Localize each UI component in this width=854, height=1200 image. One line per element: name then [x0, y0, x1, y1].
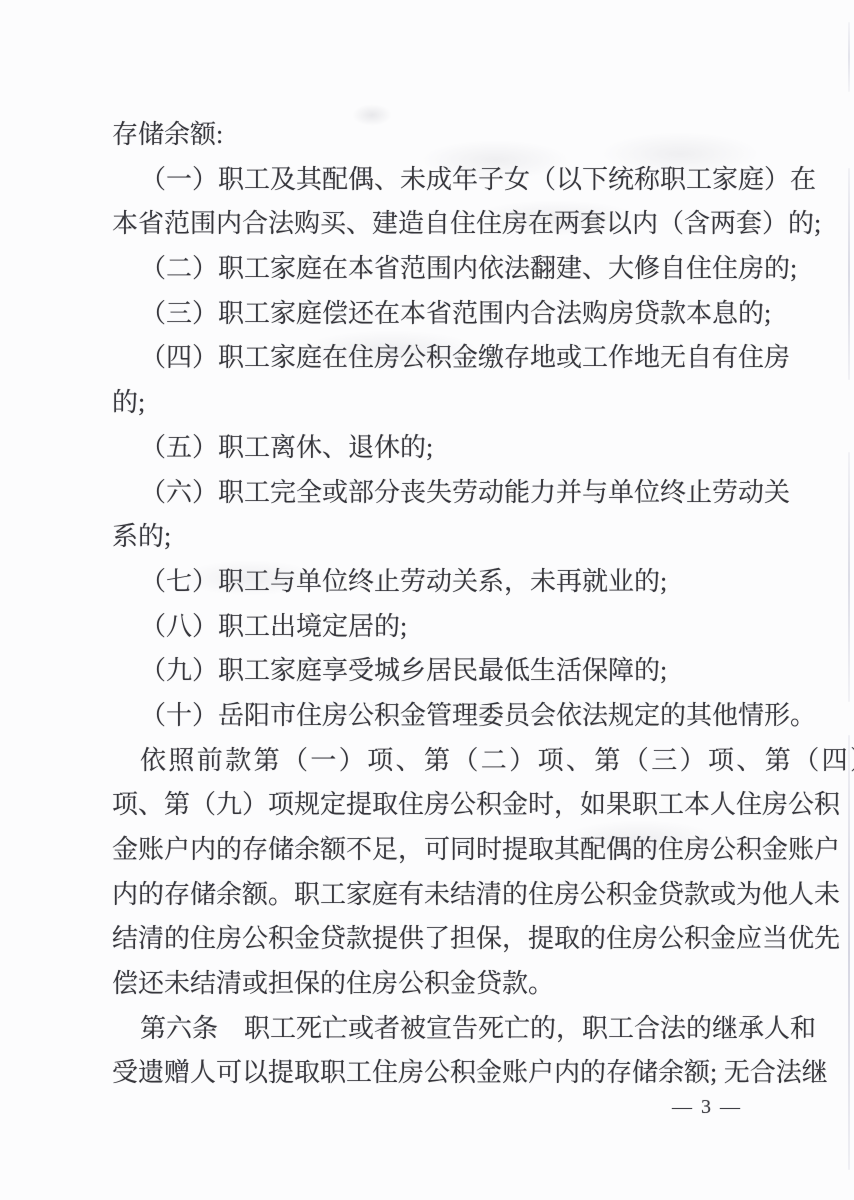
text-line: 系的; [112, 515, 828, 560]
scan-artifact-streak [848, 735, 850, 1170]
text-line: （八）职工出境定居的; [112, 605, 828, 650]
text-line: 偿还未结清或担保的住房公积金贷款。 [112, 962, 828, 1007]
document-body-text: 存储余额:（一）职工及其配偶、未成年子女（以下统称职工家庭）在本省范围内合法购买… [112, 113, 828, 1096]
text-line: 本省范围内合法购买、建造自住住房在两套以内（含两套）的; [112, 202, 828, 247]
scanned-document-page: 存储余额:（一）职工及其配偶、未成年子女（以下统称职工家庭）在本省范围内合法购买… [0, 0, 854, 1200]
text-line: 结清的住房公积金贷款提供了担保，提取的住房公积金应当优先 [112, 917, 828, 962]
text-line: （五）职工离休、退休的; [112, 426, 828, 471]
scan-artifact-streak [848, 22, 850, 92]
text-line: 的; [112, 381, 828, 426]
text-line: 内的存储余额。职工家庭有未结清的住房公积金贷款或为他人未 [112, 873, 828, 918]
page-number: — 3 — [662, 1096, 752, 1119]
text-line: （六）职工完全或部分丧失劳动能力并与单位终止劳动关 [112, 471, 828, 516]
text-line: （一）职工及其配偶、未成年子女（以下统称职工家庭）在 [112, 158, 828, 203]
text-line: 受遗赠人可以提取职工住房公积金账户内的存储余额; 无合法继 [112, 1051, 828, 1096]
text-line: （九）职工家庭享受城乡居民最低生活保障的; [112, 649, 828, 694]
text-line: （四）职工家庭在住房公积金缴存地或工作地无自有住房 [112, 336, 828, 381]
text-line: 项、第（九）项规定提取住房公积金时，如果职工本人住房公积 [112, 783, 828, 828]
scan-artifact-streak [848, 168, 850, 380]
scan-artifact-streak [848, 452, 850, 702]
text-line: 依照前款第（一）项、第（二）项、第（三）项、第（四） [112, 739, 828, 784]
text-line: （十）岳阳市住房公积金管理委员会依法规定的其他情形。 [112, 694, 828, 739]
text-line: 第六条 职工死亡或者被宣告死亡的，职工合法的继承人和 [112, 1007, 828, 1052]
text-line: （七）职工与单位终止劳动关系，未再就业的; [112, 560, 828, 605]
text-line: 金账户内的存储余额不足，可同时提取其配偶的住房公积金账户 [112, 828, 828, 873]
text-line: （三）职工家庭偿还在本省范围内合法购房贷款本息的; [112, 292, 828, 337]
text-line: （二）职工家庭在本省范围内依法翻建、大修自住住房的; [112, 247, 828, 292]
text-line: 存储余额: [112, 113, 828, 158]
